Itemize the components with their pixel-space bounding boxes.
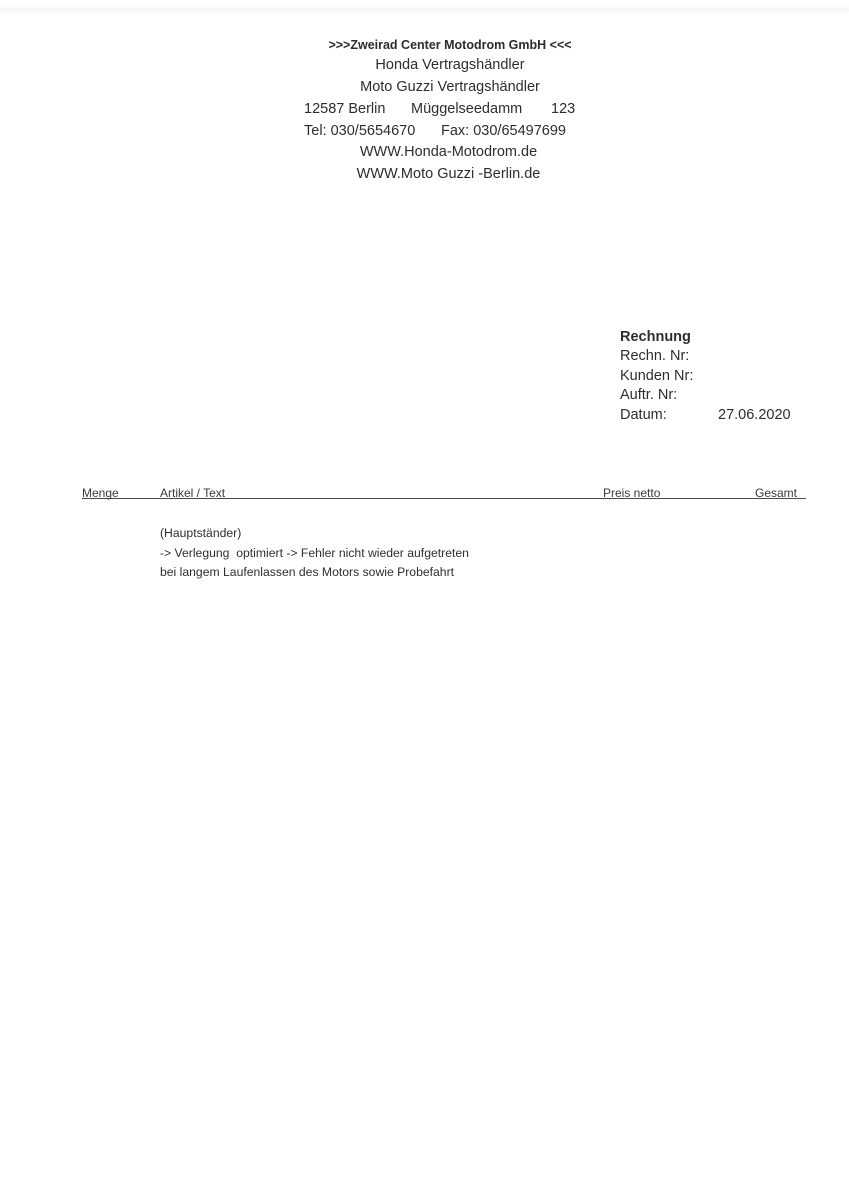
item-text-line: -> Verlegung optimiert -> Fehler nicht w… [160,544,580,564]
item-text-line: bei langem Laufenlassen des Motors sowie… [160,563,580,583]
company-name: >>>Zweirad Center Motodrom GmbH <<< [280,36,620,55]
invoice-title: Rechnung [620,327,820,347]
invoice-info: Rechnung Rechn. Nr: Kunden Nr: Auftr. Nr… [620,327,820,425]
fax: Fax: 030/65497699 [441,121,566,143]
street: Müggelseedamm [411,99,522,121]
column-quantity: Menge [82,486,119,500]
phone-fax-row: Tel: 030/5654670 Fax: 030/65497699 [304,121,584,143]
dealer-line-moto-guzzi: Moto Guzzi Vertragshändler [280,77,620,99]
item-text-line: (Hauptständer) [160,524,580,544]
phone: Tel: 030/5654670 [304,121,415,143]
customer-number-label: Kunden Nr: [620,368,693,384]
website-honda: WWW.Honda-Motodrom.de [360,144,537,160]
date-value: 27.06.2020 [718,406,791,426]
dealer-line-honda: Honda Vertragshändler [280,55,620,77]
contact-block: 12587 Berlin Müggelseedamm 123 Tel: 030/… [304,99,584,185]
column-article: Artikel / Text [160,486,225,500]
order-number-label: Auftr. Nr: [620,387,677,403]
zip-city: 12587 Berlin [304,99,385,121]
invoice-number-row: Rechn. Nr: [620,347,820,367]
date-label: Datum: [620,407,667,423]
column-total: Gesamt [755,486,797,500]
customer-number-row: Kunden Nr: [620,367,820,387]
scan-artifact [0,6,849,14]
order-number-row: Auftr. Nr: [620,386,820,406]
website-row-guzzi: WWW.Moto Guzzi -Berlin.de [304,164,593,186]
date-row: Datum: 27.06.2020 [620,406,820,426]
column-price-net: Preis netto [603,486,660,500]
item-description: (Hauptständer) -> Verlegung optimiert ->… [160,524,580,583]
letterhead: >>>Zweirad Center Motodrom GmbH <<< Hond… [280,36,620,98]
address-row: 12587 Berlin Müggelseedamm 123 [304,99,584,121]
street-number: 123 [551,99,575,121]
table-header: Menge Artikel / Text Preis netto Gesamt [82,486,806,500]
website-row-honda: WWW.Honda-Motodrom.de [304,142,593,164]
invoice-number-label: Rechn. Nr: [620,348,689,364]
website-moto-guzzi: WWW.Moto Guzzi -Berlin.de [357,166,541,182]
